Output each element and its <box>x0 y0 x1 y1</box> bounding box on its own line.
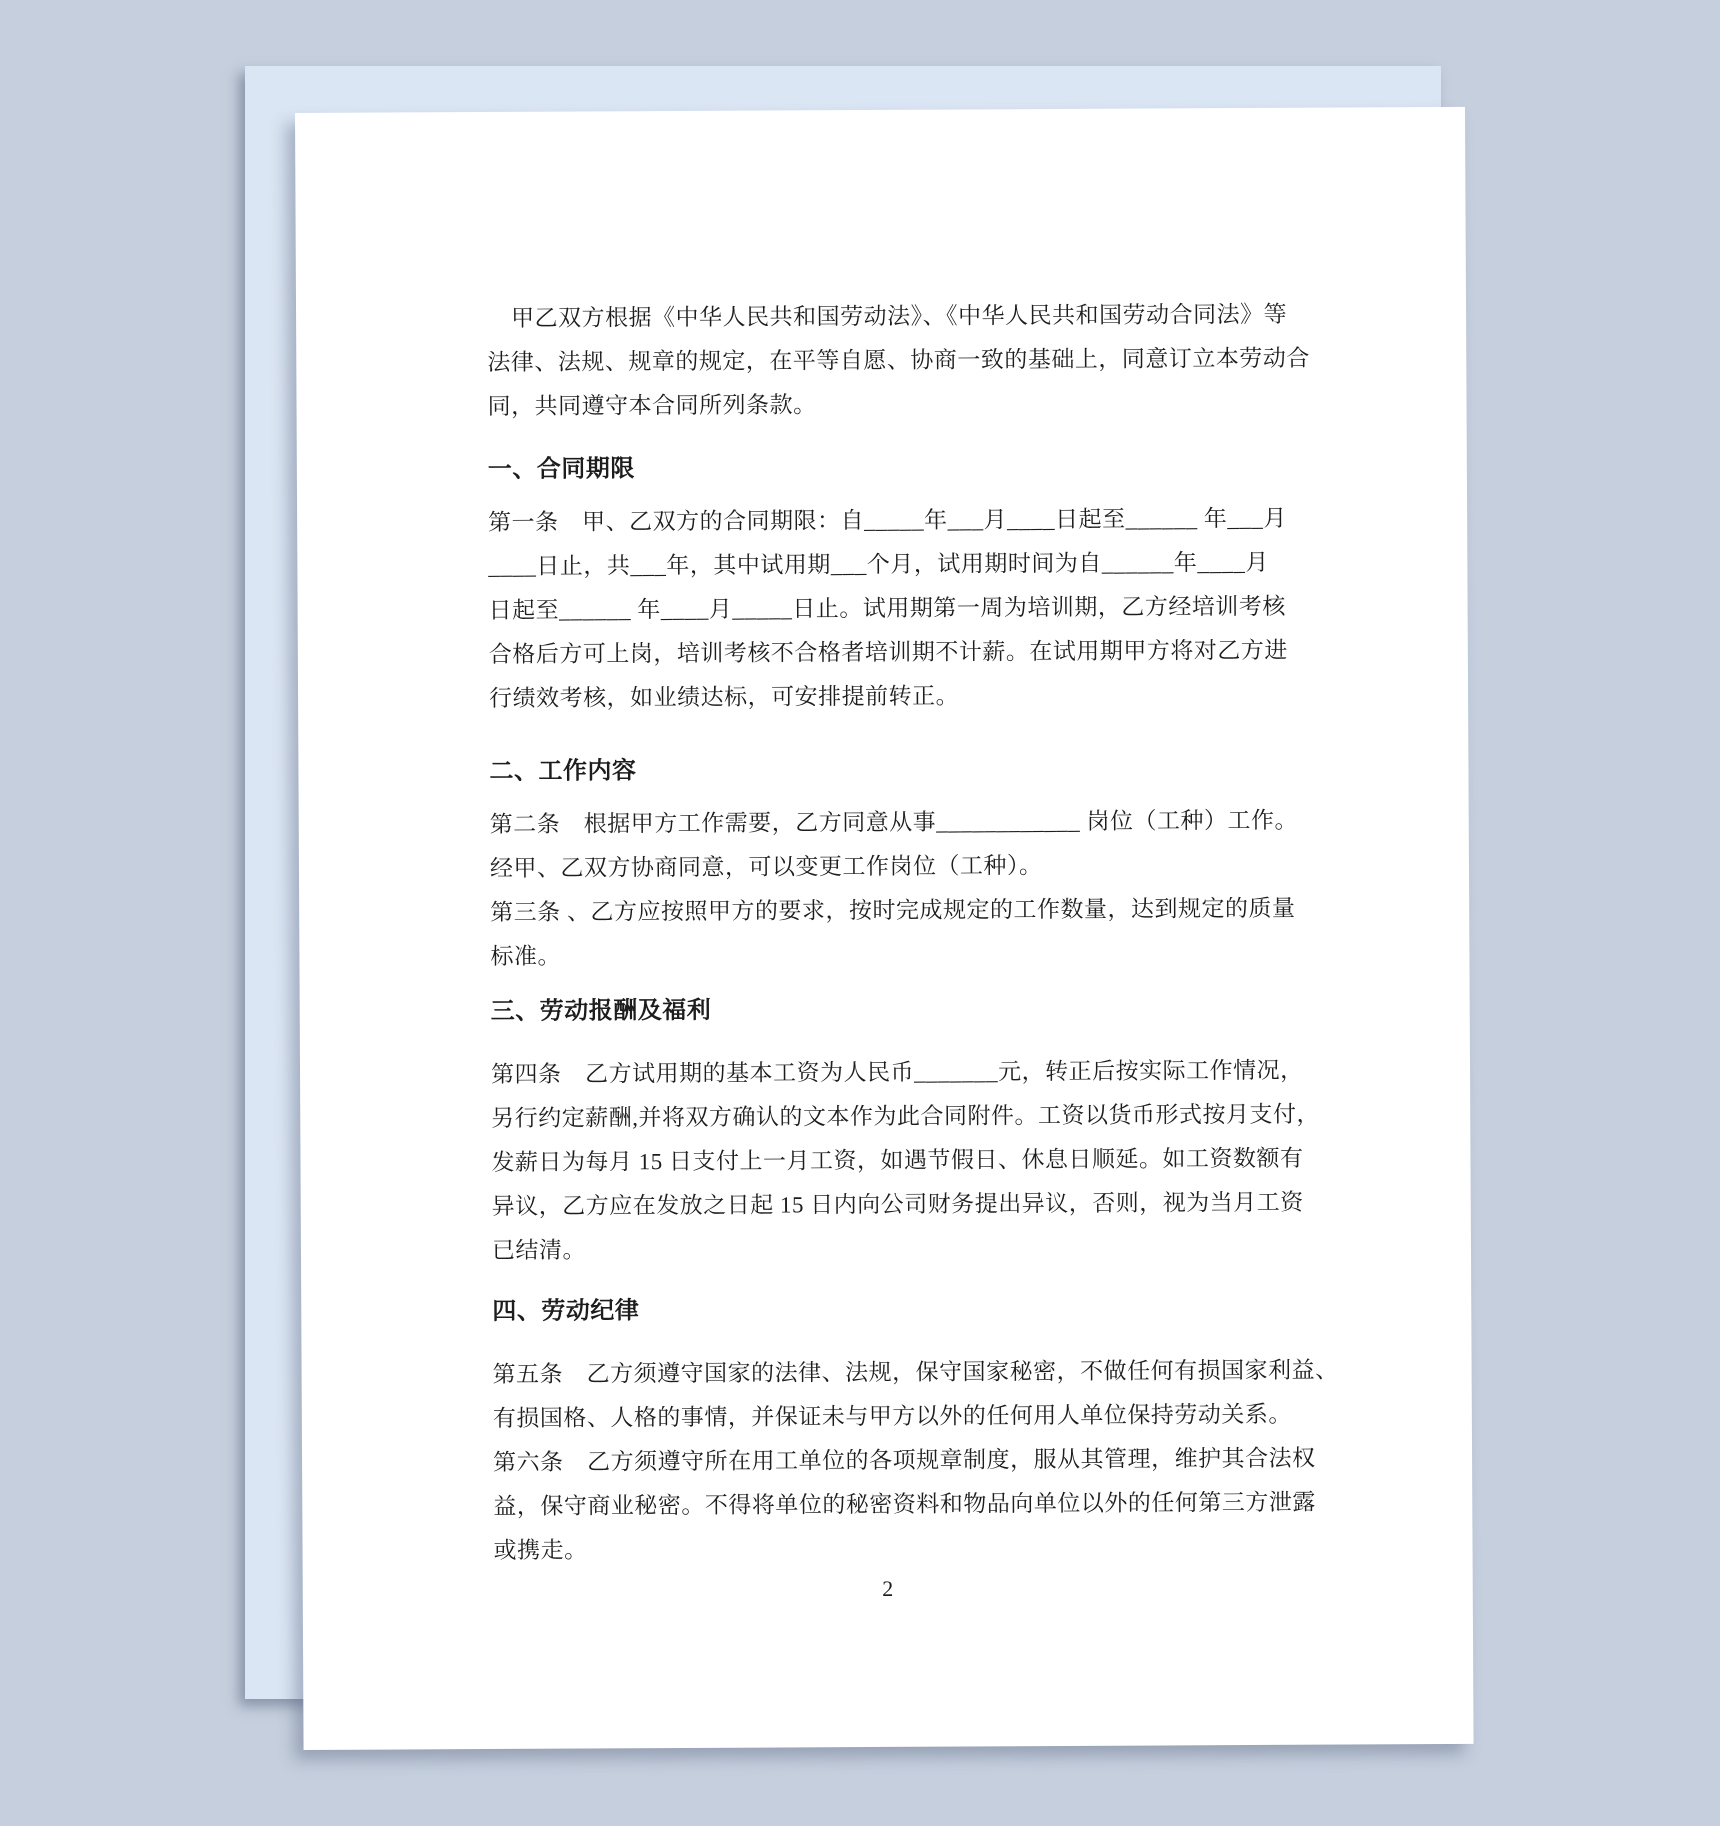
section-body-contract-term: 第一条 甲、乙双方的合同期限：自_____年___月____日起至______ … <box>488 497 1246 721</box>
text-line: 益，保守商业秘密。不得将单位的秘密资料和物品向单位以外的任何第三方泄露 <box>493 1481 1250 1529</box>
text-line: 发薪日为每月 15 日支付上一月工资，如遇节假日、休息日顺延。如工资数额有 <box>491 1137 1248 1185</box>
text-line: 同，共同遵守本合同所列条款。 <box>487 381 1244 429</box>
text-line: 或携走。 <box>493 1525 1250 1573</box>
text-line: 第五条 乙方须遵守国家的法律、法规，保守国家秘密，不做任何有损国家利益、 <box>492 1349 1249 1397</box>
contract-intro-paragraph: 甲乙双方根据《中华人民共和国劳动法》、《中华人民共和国劳动合同法》等法律、法规、… <box>487 293 1245 429</box>
text-line: 法律、法规、规章的规定，在平等自愿、协商一致的基础上，同意订立本劳动合 <box>487 337 1244 385</box>
section-heading-work-content: 二、工作内容 <box>489 746 1246 794</box>
section-body-labor-discipline: 第五条 乙方须遵守国家的法律、法规，保守国家秘密，不做任何有损国家利益、有损国格… <box>492 1349 1250 1573</box>
contract-page: 甲乙双方根据《中华人民共和国劳动法》、《中华人民共和国劳动合同法》等法律、法规、… <box>295 107 1474 1750</box>
text-line: 第四条 乙方试用期的基本工资为人民币_______元，转正后按实际工作情况， <box>491 1049 1248 1097</box>
text-line: 第三条 、乙方应按照甲方的要求，按时完成规定的工作数量，达到规定的质量 <box>490 887 1247 935</box>
text-line: 甲乙双方根据《中华人民共和国劳动法》、《中华人民共和国劳动合同法》等 <box>487 293 1244 341</box>
section-heading-contract-term: 一、合同期限 <box>488 444 1245 492</box>
text-line: 有损国格、人格的事情，并保证未与甲方以外的任何用人单位保持劳动关系。 <box>493 1393 1250 1441</box>
text-line: 经甲、乙双方协商同意，可以变更工作岗位（工种）。 <box>490 843 1247 891</box>
screenshot-root: { "page": { "number": "2" }, "colors": {… <box>0 0 1720 1826</box>
text-line: 异议，乙方应在发放之日起 15 日内向公司财务提出异议，否则，视为当月工资 <box>492 1181 1249 1229</box>
section-heading-compensation: 三、劳动报酬及福利 <box>491 986 1248 1034</box>
text-line: 日起至______ 年____月_____日止。试用期第一周为培训期，乙方经培训… <box>488 585 1245 633</box>
section-heading-labor-discipline: 四、劳动纪律 <box>492 1286 1249 1334</box>
text-line: 第六条 乙方须遵守所在用工单位的各项规章制度，服从其管理，维护其合法权 <box>493 1437 1250 1485</box>
text-line: ____日止，共___年，其中试用期___个月，试用期时间为自______年__… <box>488 541 1245 589</box>
text-line: 第一条 甲、乙双方的合同期限：自_____年___月____日起至______ … <box>488 497 1245 545</box>
text-line: 已结清。 <box>492 1225 1249 1273</box>
text-line: 合格后方可上岗，培训考核不合格者培训期不计薪。在试用期甲方将对乙方进 <box>489 629 1246 677</box>
page-number: 2 <box>303 1571 1473 1607</box>
text-line: 另行约定薪酬,并将双方确认的文本作为此合同附件。工资以货币形式按月支付， <box>491 1093 1248 1141</box>
section-body-work-content: 第二条 根据甲方工作需要，乙方同意从事____________ 岗位（工种）工作… <box>490 799 1248 979</box>
text-line: 行绩效考核，如业绩达标，可安排提前转正。 <box>489 673 1246 721</box>
text-line: 第二条 根据甲方工作需要，乙方同意从事____________ 岗位（工种）工作… <box>490 799 1247 847</box>
text-line: 标准。 <box>490 931 1247 979</box>
desk-background: 甲乙双方根据《中华人民共和国劳动法》、《中华人民共和国劳动合同法》等法律、法规、… <box>0 0 1720 1826</box>
section-body-compensation: 第四条 乙方试用期的基本工资为人民币_______元，转正后按实际工作情况，另行… <box>491 1049 1249 1273</box>
